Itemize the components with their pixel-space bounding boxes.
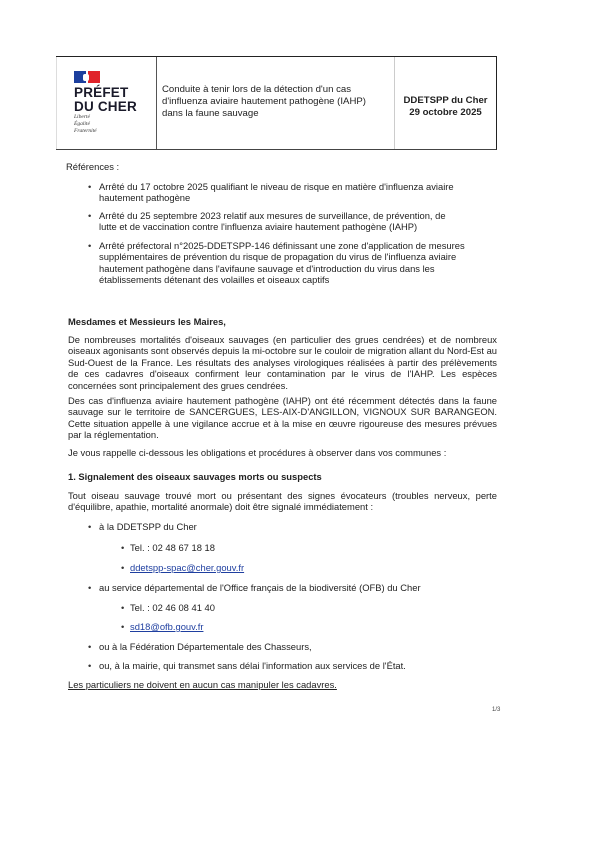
paragraph-cases: Des cas d'influenza aviaire hautement pa… [68, 395, 497, 441]
bullet-icon: • [88, 641, 91, 652]
logo-cell: PRÉFET DU CHER Liberté Égalité Fraternit… [56, 57, 156, 149]
prefet-logo-text: PRÉFET DU CHER [74, 86, 137, 113]
bullet-icon: • [88, 210, 91, 221]
issuer-block: DDETSPP du Cher 29 octobre 2025 [395, 95, 496, 119]
issue-date: 29 octobre 2025 [395, 107, 496, 119]
bullet-icon: • [121, 542, 124, 553]
email-link-ofb[interactable]: sd18@ofb.gouv.fr [130, 621, 203, 632]
republic-motto: Liberté Égalité Fraternité [74, 114, 97, 135]
title-cell: Conduite à tenir lors de la détection d'… [156, 57, 394, 149]
warning-text: Les particuliers ne doivent en aucun cas… [68, 679, 337, 690]
bullet-icon: • [88, 660, 91, 671]
phone-ddetspp: Tel. : 02 48 67 18 18 [130, 542, 215, 553]
issuer-cell: DDETSPP du Cher 29 octobre 2025 [394, 57, 496, 149]
french-flag-icon [74, 71, 100, 83]
document-page: PRÉFET DU CHER Liberté Égalité Fraternit… [0, 0, 595, 842]
section-intro: Tout oiseau sauvage trouvé mort ou prése… [68, 490, 497, 513]
bullet-icon: • [121, 621, 124, 632]
contact-mairie: ou, à la mairie, qui transmet sans délai… [99, 660, 406, 671]
section-heading: 1. Signalement des oiseaux sauvages mort… [68, 471, 322, 482]
bullet-icon: • [88, 240, 91, 251]
reference-item: Arrêté du 25 septembre 2023 relatif aux … [99, 210, 519, 233]
bullet-icon: • [88, 582, 91, 593]
email-link-ddetspp[interactable]: ddetspp-spac@cher.gouv.fr [130, 562, 244, 573]
contact-federation: ou à la Fédération Départementale des Ch… [99, 641, 312, 652]
bullet-icon: • [88, 181, 91, 192]
contact-ofb: au service départemental de l'Office fra… [99, 582, 421, 593]
header-table: PRÉFET DU CHER Liberté Égalité Fraternit… [56, 56, 497, 150]
bullet-icon: • [121, 562, 124, 573]
phone-ofb: Tel. : 02 46 08 41 40 [130, 602, 215, 613]
reference-item: Arrêté du 17 octobre 2025 qualifiant le … [99, 181, 519, 204]
page-number: 1/3 [492, 707, 500, 713]
contact-ddetspp: à la DDETSPP du Cher [99, 521, 197, 532]
document-title: Conduite à tenir lors de la détection d'… [162, 84, 392, 120]
paragraph-obligations: Je vous rappelle ci-dessous les obligati… [68, 447, 497, 458]
issuer-name: DDETSPP du Cher [395, 95, 496, 107]
bullet-icon: • [88, 521, 91, 532]
paragraph-context: De nombreuses mortalités d'oiseaux sauva… [68, 334, 497, 391]
salutation: Mesdames et Messieurs les Maires, [68, 316, 226, 327]
references-heading: Références : [66, 161, 119, 172]
reference-item: Arrêté préfectoral n°2025-DDETSPP-146 dé… [99, 240, 519, 286]
bullet-icon: • [121, 602, 124, 613]
